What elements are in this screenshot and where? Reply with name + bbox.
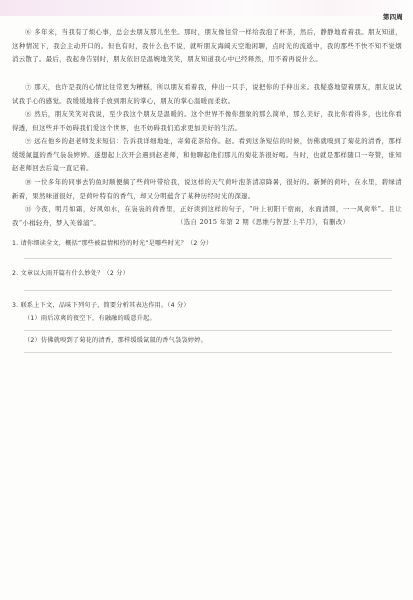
paragraph-7: ⑦ 那天，也许是我的心情比往常更为糟糕，所以朋友看着我，伸出一只手，说把你的手伸… [12, 81, 402, 108]
question-2: 2. 文章以大雨开篇有什么妙处？（2 分） [12, 268, 129, 277]
question-3: 3. 联系上下文，品味下列句子，简要分析其表达作用。（4 分） [12, 300, 190, 309]
week-tag: 第四周 [383, 12, 403, 21]
paragraph-9: ⑨ 远在他乡的赵老师发来短信：告诉我详细地址，寄菊花茶给你。赵。看到这条短信的时… [12, 135, 402, 176]
answer-line-2[interactable] [24, 290, 392, 291]
page-header-band [0, 0, 413, 16]
answer-line-3-2[interactable] [24, 352, 392, 353]
answer-line-3-1[interactable] [24, 330, 392, 331]
paragraph-8: ⑧ 然后，朋友笑笑对我说，至少我这个朋友是温暖的。这个世界不像你想象的那么简单，… [12, 108, 402, 135]
paragraph-10: ⑩ 一位多年的同事去钓鱼时顺便摘了些荷叶带给我，说这样的天气荷叶泡茶清凉降暑，很… [12, 176, 402, 203]
paragraph-6: ⑥ 多年来，当我有了烦心事，总会去朋友那儿坐坐。那时，朋友像往常一样给我泡了杯茶… [12, 26, 402, 67]
question-3-sub-1: （1）雨后凉爽的夜空下，有融融的暖意升起。 [24, 313, 156, 322]
answer-line-1[interactable] [24, 258, 392, 259]
workbook-page: 第四周 ⑥ 多年来，当我有了烦心事，总会去朋友那儿坐坐。那时，朋友像往常一样给我… [0, 0, 413, 600]
question-3-sub-2: （2）仿佛就嗅到了菊花的清香，那样缓缓氤氲的香气袅袅婷婷。 [24, 335, 207, 344]
source-citation: （选自 2015 年第 2 期《思维与智慧·上半月》，有删改） [177, 216, 349, 230]
question-1: 1. 请你细读全文，概括“那些被温情相待的时光”是哪些时光？（2 分） [12, 238, 212, 247]
